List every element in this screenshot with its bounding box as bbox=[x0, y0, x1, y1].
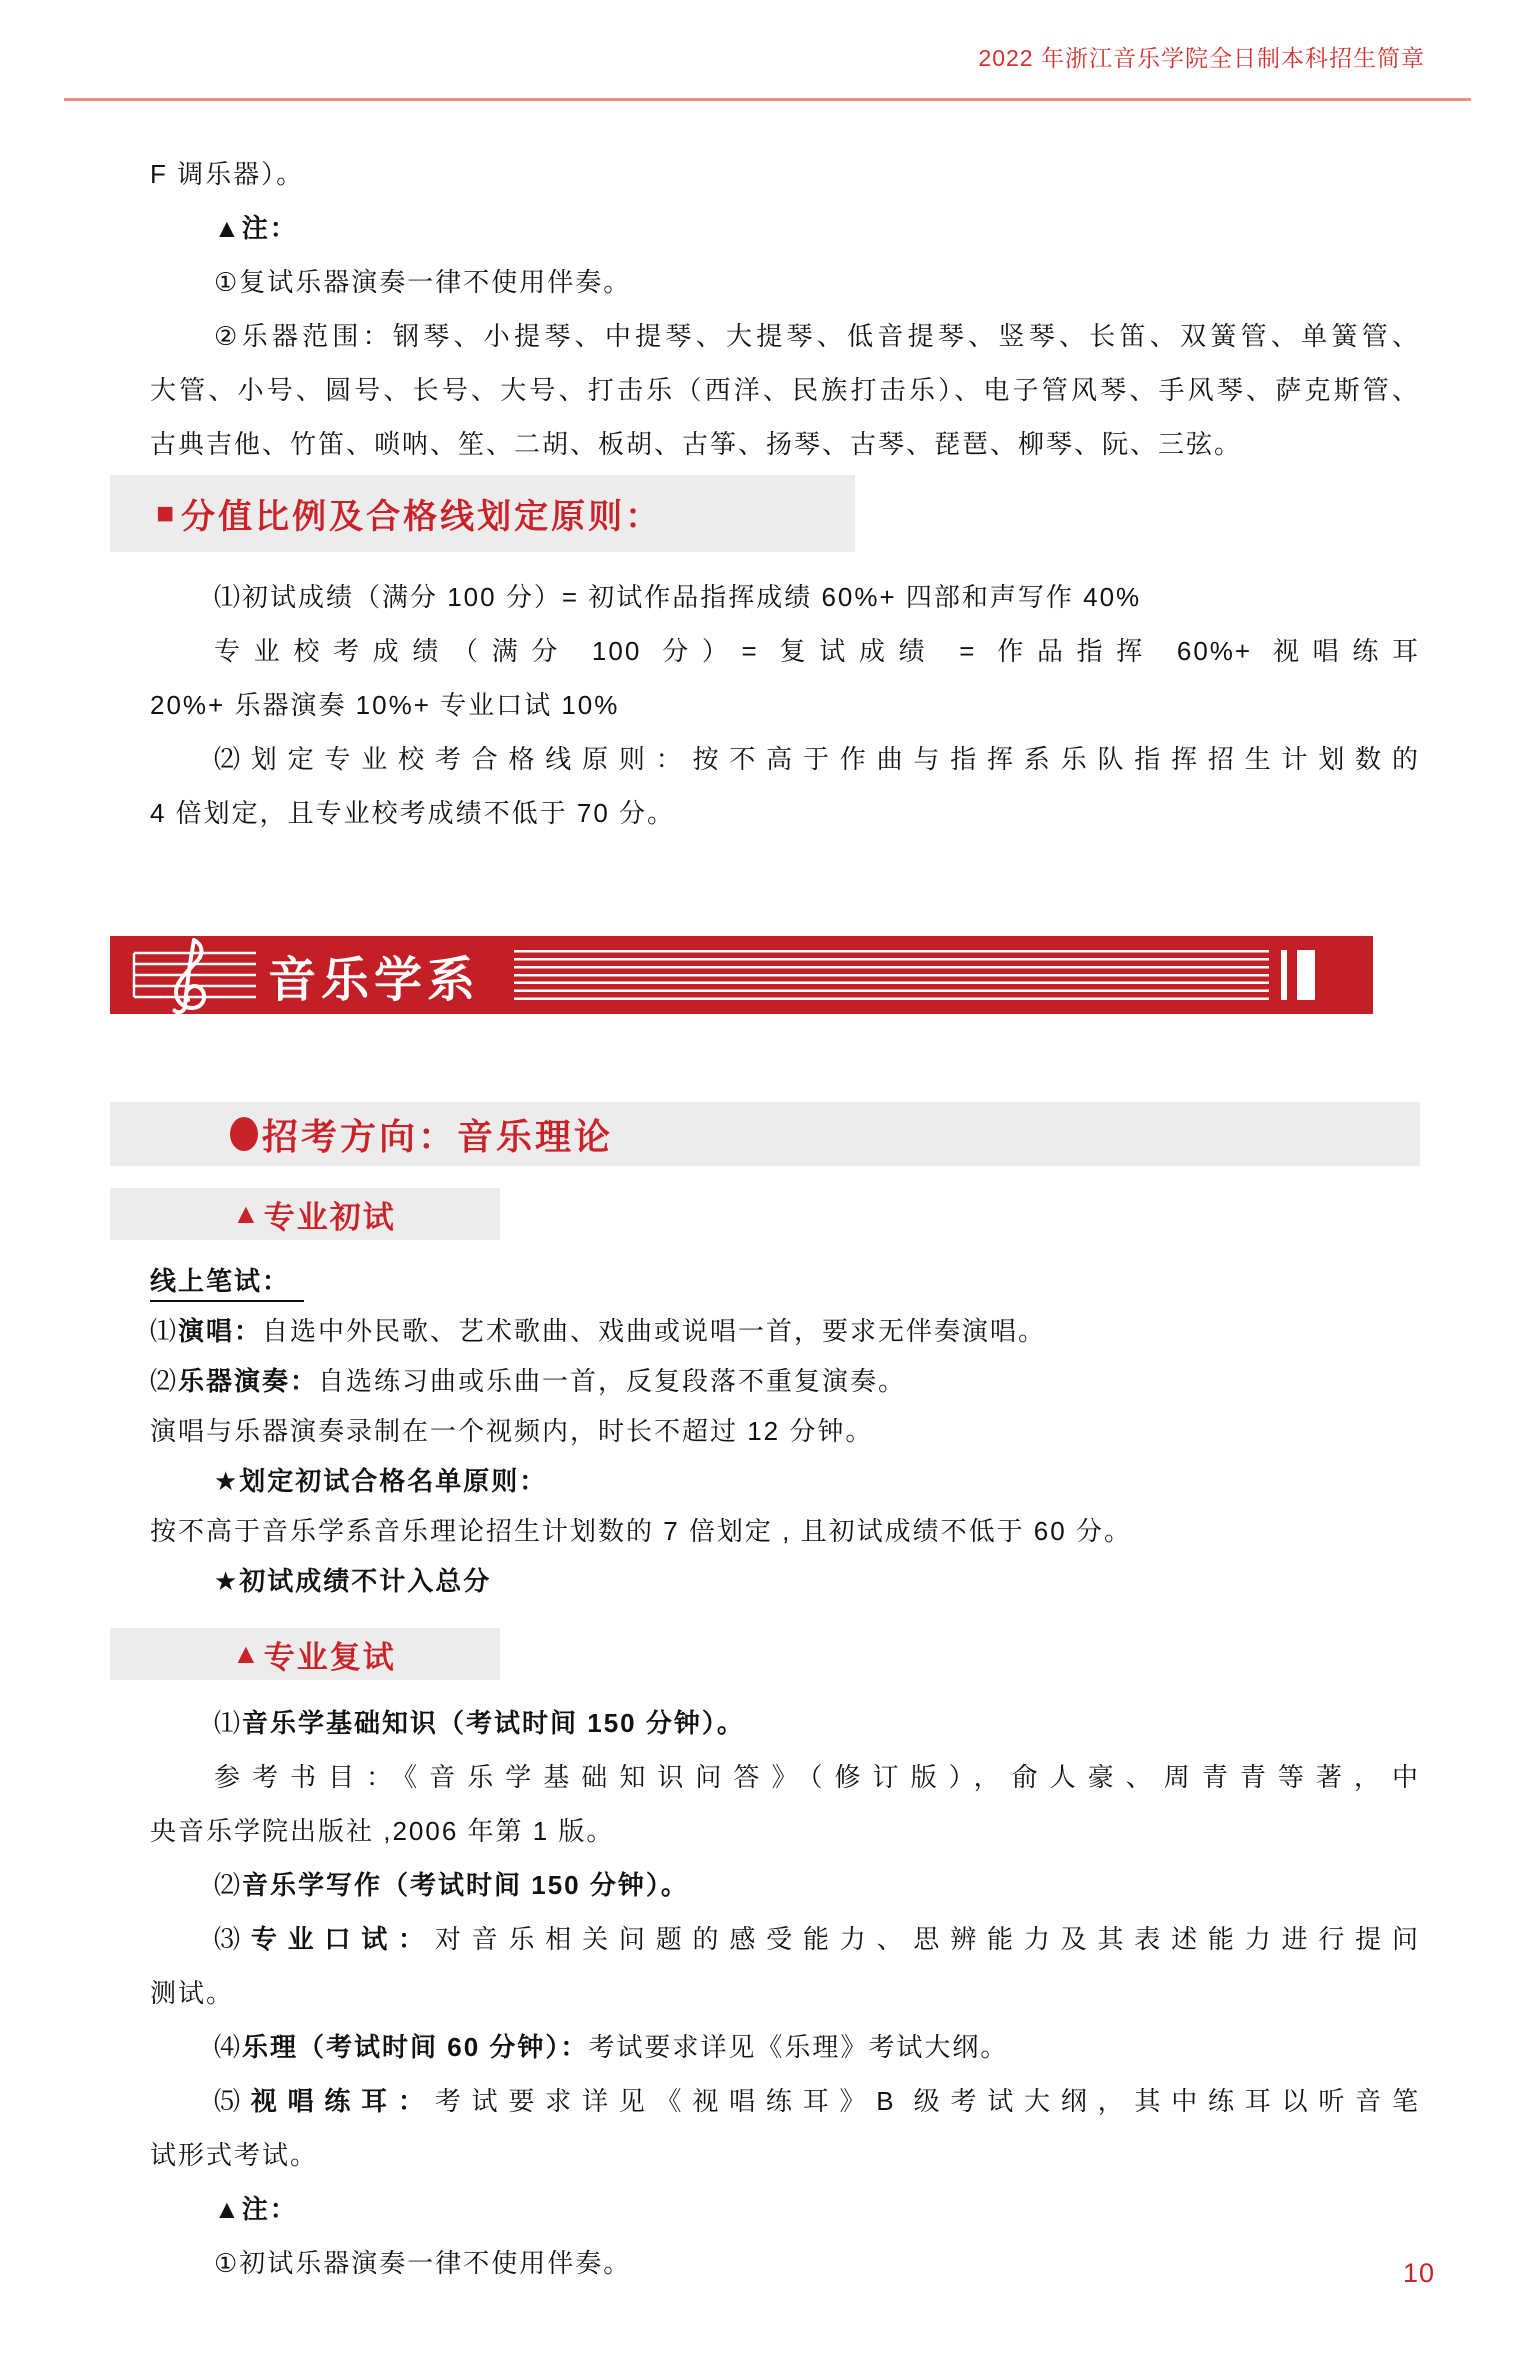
retest-body: ⑴音乐学基础知识（考试时间 150 分钟）。 参考书目：《音乐学基础知识问答》（… bbox=[150, 1696, 1420, 2290]
reference-books-line: 央音乐学院出版社 ,2006 年第 1 版。 bbox=[150, 1804, 1420, 1858]
score-rule-line: ⑴初试成绩（满分 100 分）= 初试作品指挥成绩 60%+ 四部和声写作 40… bbox=[150, 570, 1420, 624]
online-written-test-heading: 线上笔试： bbox=[150, 1256, 1420, 1306]
section-banner-retest: ▲ 专业复试 bbox=[110, 1628, 500, 1680]
score-rules-heading: 分值比例及合格线划定原则： bbox=[181, 489, 662, 538]
retest-item-theory: ⑷乐理（考试时间 60 分钟）：考试要求详见《乐理》考试大纲。 bbox=[150, 2020, 1420, 2074]
retest-item-oral: ⑶专业口试：对音乐相关问题的感受能力、思辨能力及其表述能力进行提问 bbox=[150, 1912, 1420, 1966]
retest-item-sightsinging: ⑸视唱练耳：考试要求详见《视唱练耳》B 级考试大纲，其中练耳以听音笔 bbox=[150, 2074, 1420, 2128]
retest-item-sightsinging-line: 试形式考试。 bbox=[150, 2128, 1420, 2182]
score-rule-line: 20%+ 乐器演奏 10%+ 专业口试 10% bbox=[150, 678, 1420, 732]
score-rule-line: 专业校考成绩（满分 100 分）= 复试成绩 = 作品指挥 60%+ 视唱练耳 bbox=[150, 624, 1420, 678]
square-bullet-icon: ■ bbox=[156, 499, 177, 529]
initial-exam-body: 线上笔试： ⑴演唱：自选中外民歌、艺术歌曲、戏曲或说唱一首，要求无伴奏演唱。 ⑵… bbox=[150, 1256, 1420, 1606]
brochure-page: 2022 年浙江音乐学院全日制本科招生简章 F 调乐器）。 ▲注： ①复试乐器演… bbox=[0, 0, 1535, 2362]
exam-item-singing: ⑴演唱：自选中外民歌、艺术歌曲、戏曲或说唱一首，要求无伴奏演唱。 bbox=[150, 1306, 1420, 1356]
score-not-counted-note: ★初试成绩不计入总分 bbox=[150, 1556, 1420, 1606]
retest-note-item: ①初试乐器演奏一律不使用伴奏。 bbox=[150, 2236, 1420, 2290]
header-divider bbox=[64, 98, 1471, 101]
page-content: F 调乐器）。 ▲注： ①复试乐器演奏一律不使用伴奏。 ②乐器范围：钢琴、小提琴… bbox=[150, 147, 1420, 2290]
score-rules-body: ⑴初试成绩（满分 100 分）= 初试作品指挥成绩 60%+ 四部和声写作 40… bbox=[150, 570, 1420, 840]
score-rule-line: 4 倍划定，且专业校考成绩不低于 70 分。 bbox=[150, 786, 1420, 840]
instrument-range-line: ②乐器范围：钢琴、小提琴、中提琴、大提琴、低音提琴、竖琴、长笛、双簧管、单簧管、 bbox=[150, 309, 1420, 363]
page-header: 2022 年浙江音乐学院全日制本科招生简章 bbox=[0, 0, 1425, 72]
page-number: 10 bbox=[1403, 2258, 1435, 2289]
exam-recording-note: 演唱与乐器演奏录制在一个视频内，时长不超过 12 分钟。 bbox=[150, 1406, 1420, 1456]
reference-books-line: 参考书目：《音乐学基础知识问答》（修订版），俞人豪、周青青等著，中 bbox=[150, 1750, 1420, 1804]
retest-item-basics: ⑴音乐学基础知识（考试时间 150 分钟）。 bbox=[150, 1696, 1420, 1750]
final-barline-thin bbox=[1281, 950, 1287, 1000]
paragraph-f-instruments: F 调乐器）。 bbox=[150, 147, 1420, 201]
retest-note-heading: ▲注： bbox=[150, 2182, 1420, 2236]
retest-heading: 专业复试 bbox=[264, 1632, 396, 1677]
circle-bullet-icon bbox=[230, 1117, 258, 1151]
instrument-range-line: 大管、小号、圆号、长号、大号、打击乐（西洋、民族打击乐）、电子管风琴、手风琴、萨… bbox=[150, 363, 1420, 417]
section-banner-score-rules: ■ 分值比例及合格线划定原则： bbox=[110, 475, 855, 552]
department-banner: 音乐学系 bbox=[110, 936, 1373, 1014]
header-title: 2022 年浙江音乐学院全日制本科招生简章 bbox=[978, 44, 1425, 72]
department-title: 音乐学系 bbox=[268, 941, 480, 1010]
retest-item-writing: ⑵音乐学写作（考试时间 150 分钟）。 bbox=[150, 1858, 1420, 1912]
triangle-bullet-icon: ▲ bbox=[232, 1640, 262, 1668]
score-rule-line: ⑵划定专业校考合格线原则：按不高于作曲与指挥系乐队指挥招生计划数的 bbox=[150, 732, 1420, 786]
triangle-bullet-icon: ▲ bbox=[232, 1200, 262, 1228]
instrument-range-line: 古典吉他、竹笛、唢呐、笙、二胡、板胡、古筝、扬琴、古琴、琵琶、柳琴、阮、三弦。 bbox=[150, 417, 1420, 471]
section-banner-direction: 招考方向：音乐理论 bbox=[110, 1102, 1420, 1166]
final-barline-thick bbox=[1297, 950, 1315, 1000]
qualification-rule-body: 按不高于音乐学系音乐理论招生计划数的 7 倍划定 , 且初试成绩不低于 60 分… bbox=[150, 1506, 1420, 1556]
qualification-rule-heading: ★划定初试合格名单原则： bbox=[150, 1456, 1420, 1506]
section-banner-initial-exam: ▲ 专业初试 bbox=[110, 1188, 500, 1240]
staff-lines-decoration bbox=[514, 950, 1269, 1000]
note-item-1: ①复试乐器演奏一律不使用伴奏。 bbox=[150, 255, 1420, 309]
treble-clef-icon bbox=[128, 936, 260, 1014]
note-heading: ▲注： bbox=[150, 201, 1420, 255]
direction-heading: 招考方向：音乐理论 bbox=[262, 1109, 613, 1160]
retest-item-oral-line: 测试。 bbox=[150, 1966, 1420, 2020]
exam-item-instrument: ⑵乐器演奏：自选练习曲或乐曲一首，反复段落不重复演奏。 bbox=[150, 1356, 1420, 1406]
initial-exam-heading: 专业初试 bbox=[264, 1192, 396, 1237]
instrument-range-paragraph: ②乐器范围：钢琴、小提琴、中提琴、大提琴、低音提琴、竖琴、长笛、双簧管、单簧管、… bbox=[150, 309, 1420, 471]
